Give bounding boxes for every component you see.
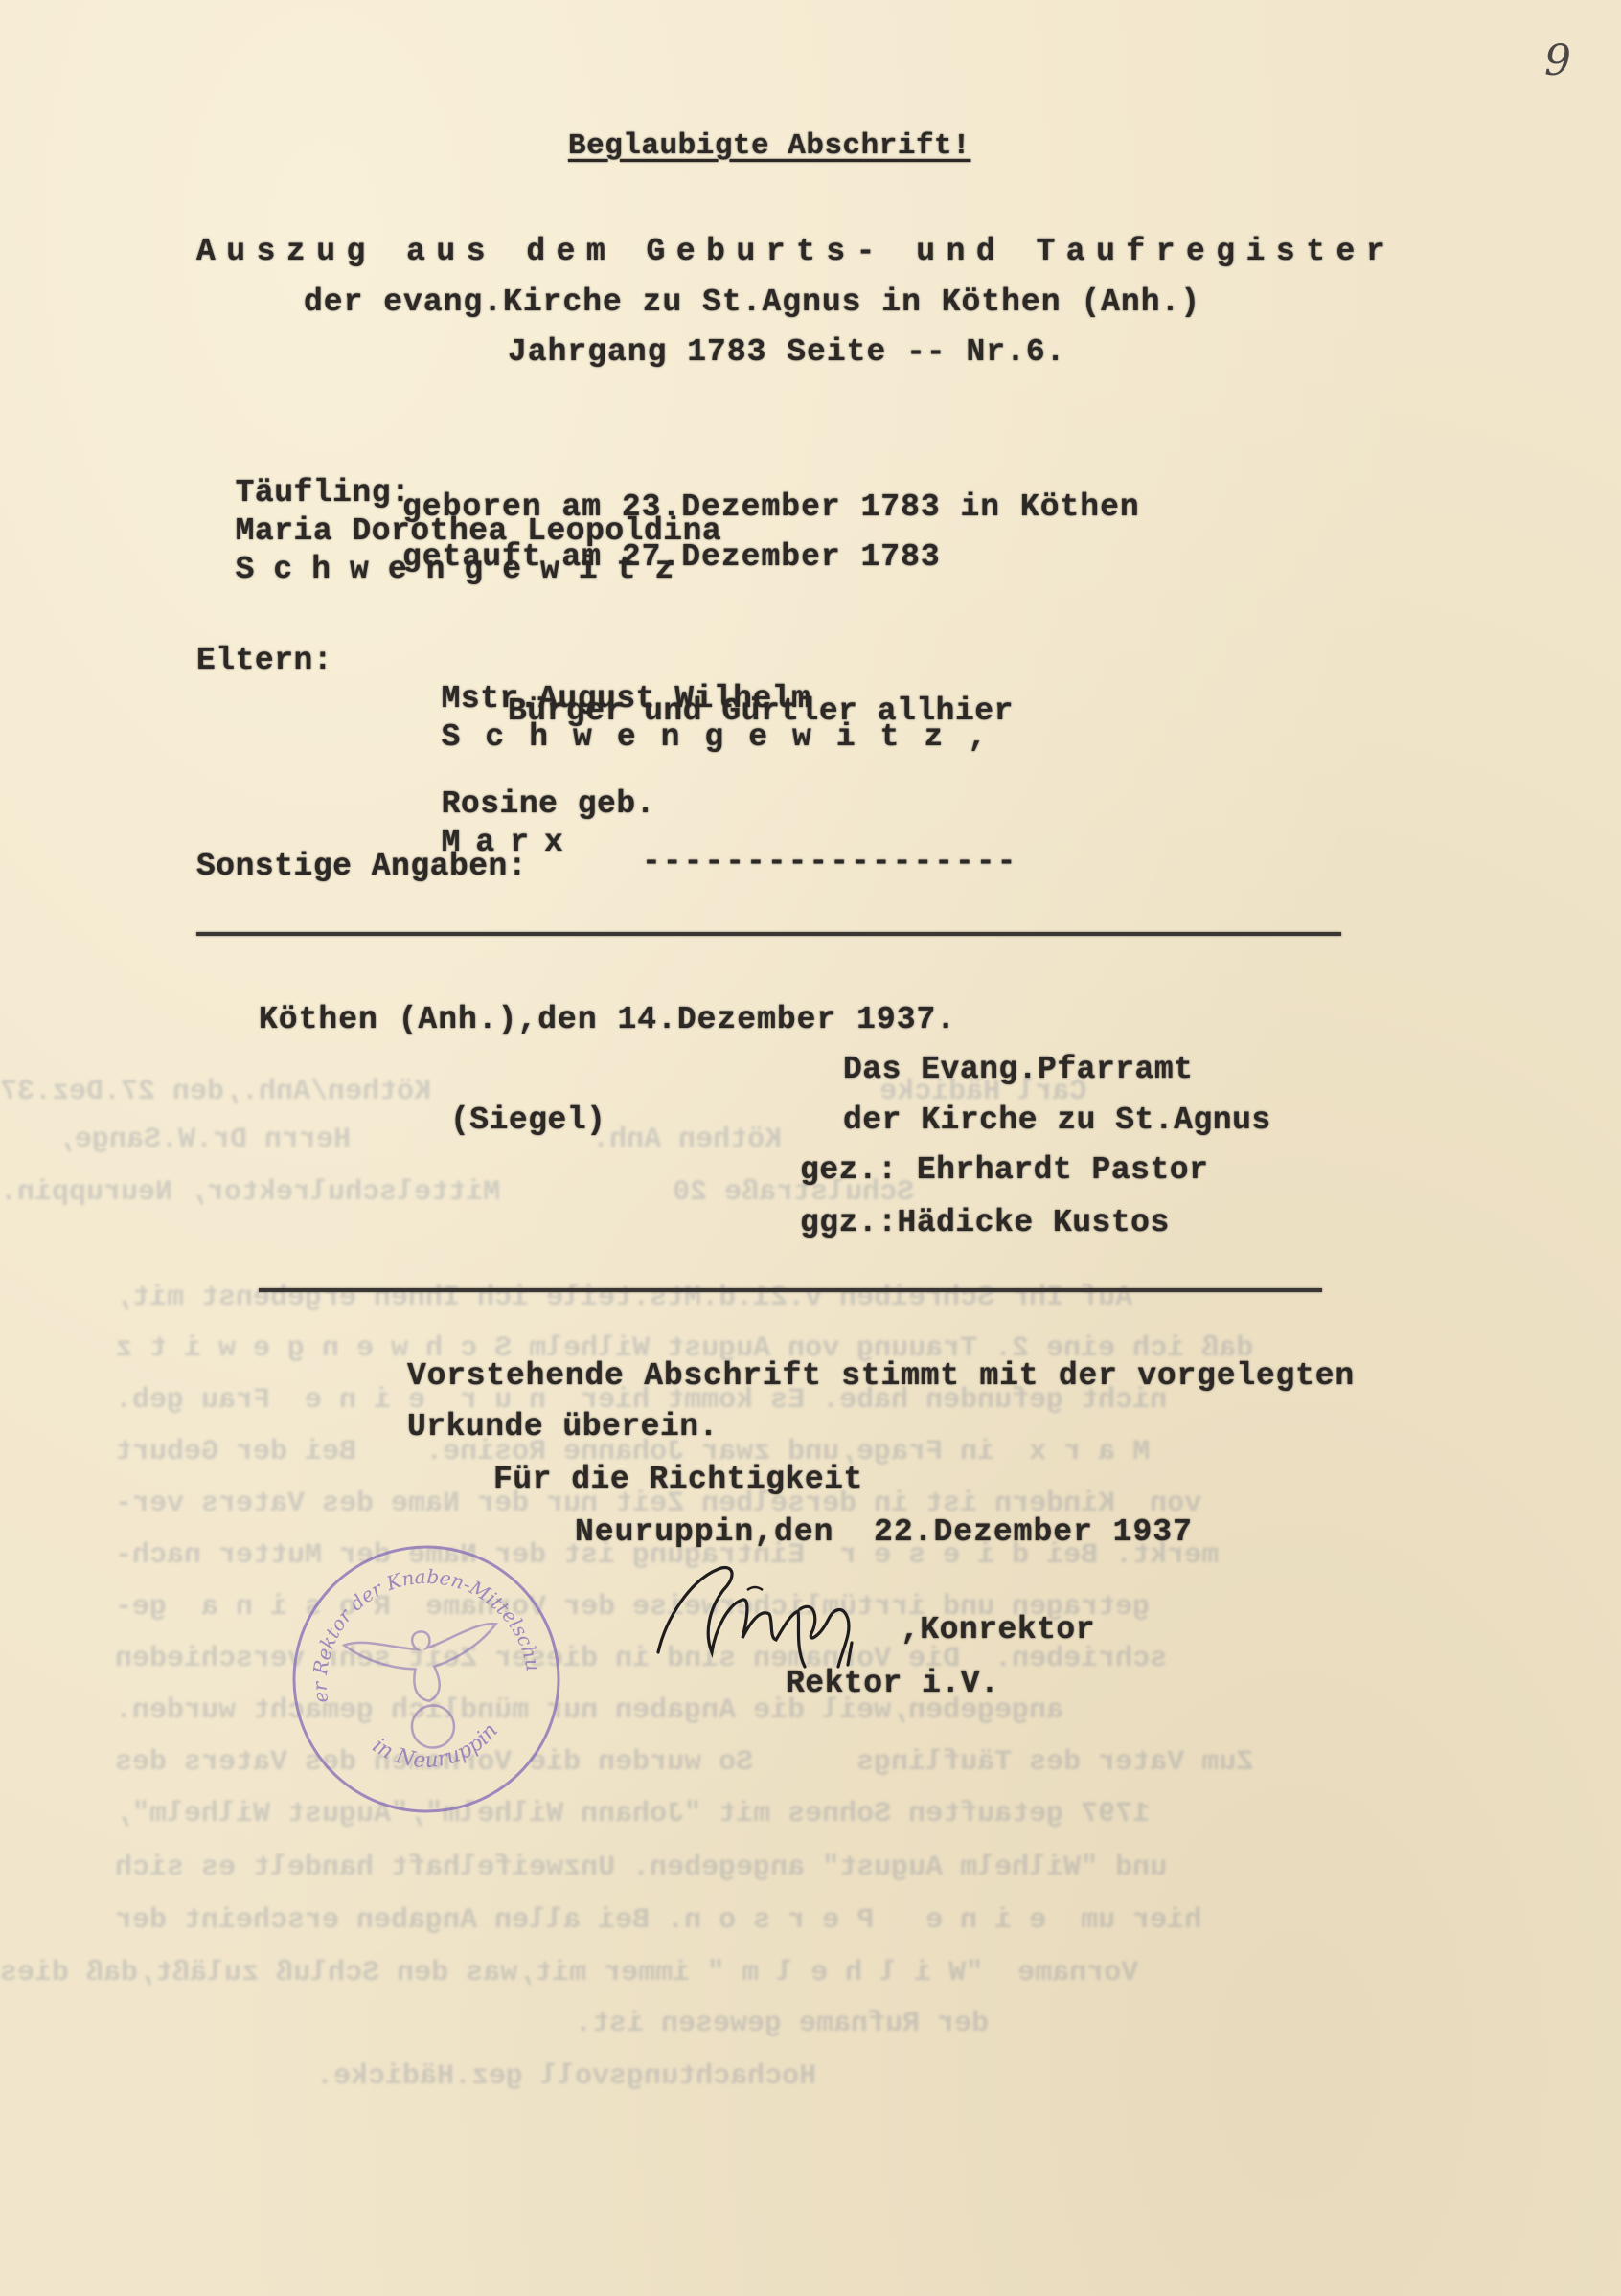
certification-line1: Vorstehende Abschrift stimmt mit der vor…	[407, 1357, 1355, 1396]
stamp-text-bottom: in Neuruppin	[365, 1716, 507, 1782]
office-line2: der Kirche zu St.Agnus	[843, 1102, 1271, 1140]
other-value: ------------------	[642, 843, 1017, 881]
mother-row: Rosine geb. Marx	[402, 747, 655, 862]
signed-sexton: ggz.:Hädicke Kustos	[800, 1204, 1170, 1242]
bleed-line: Auf Ihr Schreiben v.21.d.Mts.teile ich I…	[115, 1279, 1219, 1317]
signed-pastor: gez.: Ehrhardt Pastor	[800, 1151, 1208, 1190]
birth-date: geboren am 23.Dezember 1783 in Köthen	[402, 489, 1140, 527]
bleed-line: der Rufname gewesen ist.	[575, 2005, 989, 2043]
certification-place-date: Neuruppin,den 22.Dezember 1937	[575, 1513, 1193, 1552]
bleed-line: 1797 getauften Sohnes mit "Johann Wilhel…	[115, 1795, 1150, 1833]
signer-title1: ,Konrektor	[901, 1611, 1095, 1649]
baptism-date: getauft am 27.Dezember 1783	[402, 538, 941, 577]
church-line: der evang.Kirche zu St.Agnus in Köthen (…	[304, 284, 1200, 322]
signature	[647, 1561, 925, 1676]
other-label: Sonstige Angaben:	[196, 848, 527, 886]
seal-note: (Siegel)	[450, 1102, 605, 1140]
page-number: 9	[1544, 36, 1571, 85]
official-stamp: Der Rektor der Knaben-Mittelschule in Ne…	[269, 1522, 583, 1836]
document-title: Beglaubigte Abschrift!	[568, 127, 970, 166]
year-page-line: Jahrgang 1783 Seite -- Nr.6.	[508, 333, 1066, 372]
svg-text:in Neuruppin: in Neuruppin	[365, 1716, 507, 1782]
issuance-place-date: Köthen (Anh.),den 14.Dezember 1937.	[259, 1001, 956, 1039]
divider-rule	[259, 1288, 1322, 1292]
mother-prefix: Rosine geb.	[442, 786, 655, 822]
bleed-line: Schulstraße 20 Mittelschulrektor, Neurup…	[0, 1173, 914, 1212]
bleed-line: und "Wilhelm August" angegeben. Unzweife…	[115, 1849, 1167, 1887]
divider-rule	[196, 932, 1341, 936]
bleed-line: hier um e i n e P e r s o n. Bei allen A…	[115, 1901, 1201, 1940]
signer-title2: Rektor i.V.	[786, 1665, 999, 1703]
office-line1: Das Evang.Pfarramt	[843, 1051, 1193, 1089]
baptized-label: Täufling:	[236, 475, 411, 511]
bleed-line: Zum Vater des Täuflings So wurden die Vo…	[115, 1743, 1253, 1782]
father-occupation: Bürger und Gürtler allhier	[508, 693, 1014, 731]
certification-line2: Urkunde überein.	[407, 1408, 719, 1446]
parents-label: Eltern:	[196, 642, 332, 680]
bleed-line: Vorname "W i l h e l m " immer mit,was d…	[0, 1954, 1138, 1992]
register-heading: Auszug aus dem Geburts- und Taufregister	[196, 233, 1396, 271]
bleed-line: Köthen Anh. Herrn Dr.W.Sange,	[57, 1121, 799, 1159]
bleed-line: Hochachtungsvoll gez.Hädicke.	[316, 2057, 1127, 2096]
certification-line3: Für die Richtigkeit	[493, 1461, 863, 1499]
